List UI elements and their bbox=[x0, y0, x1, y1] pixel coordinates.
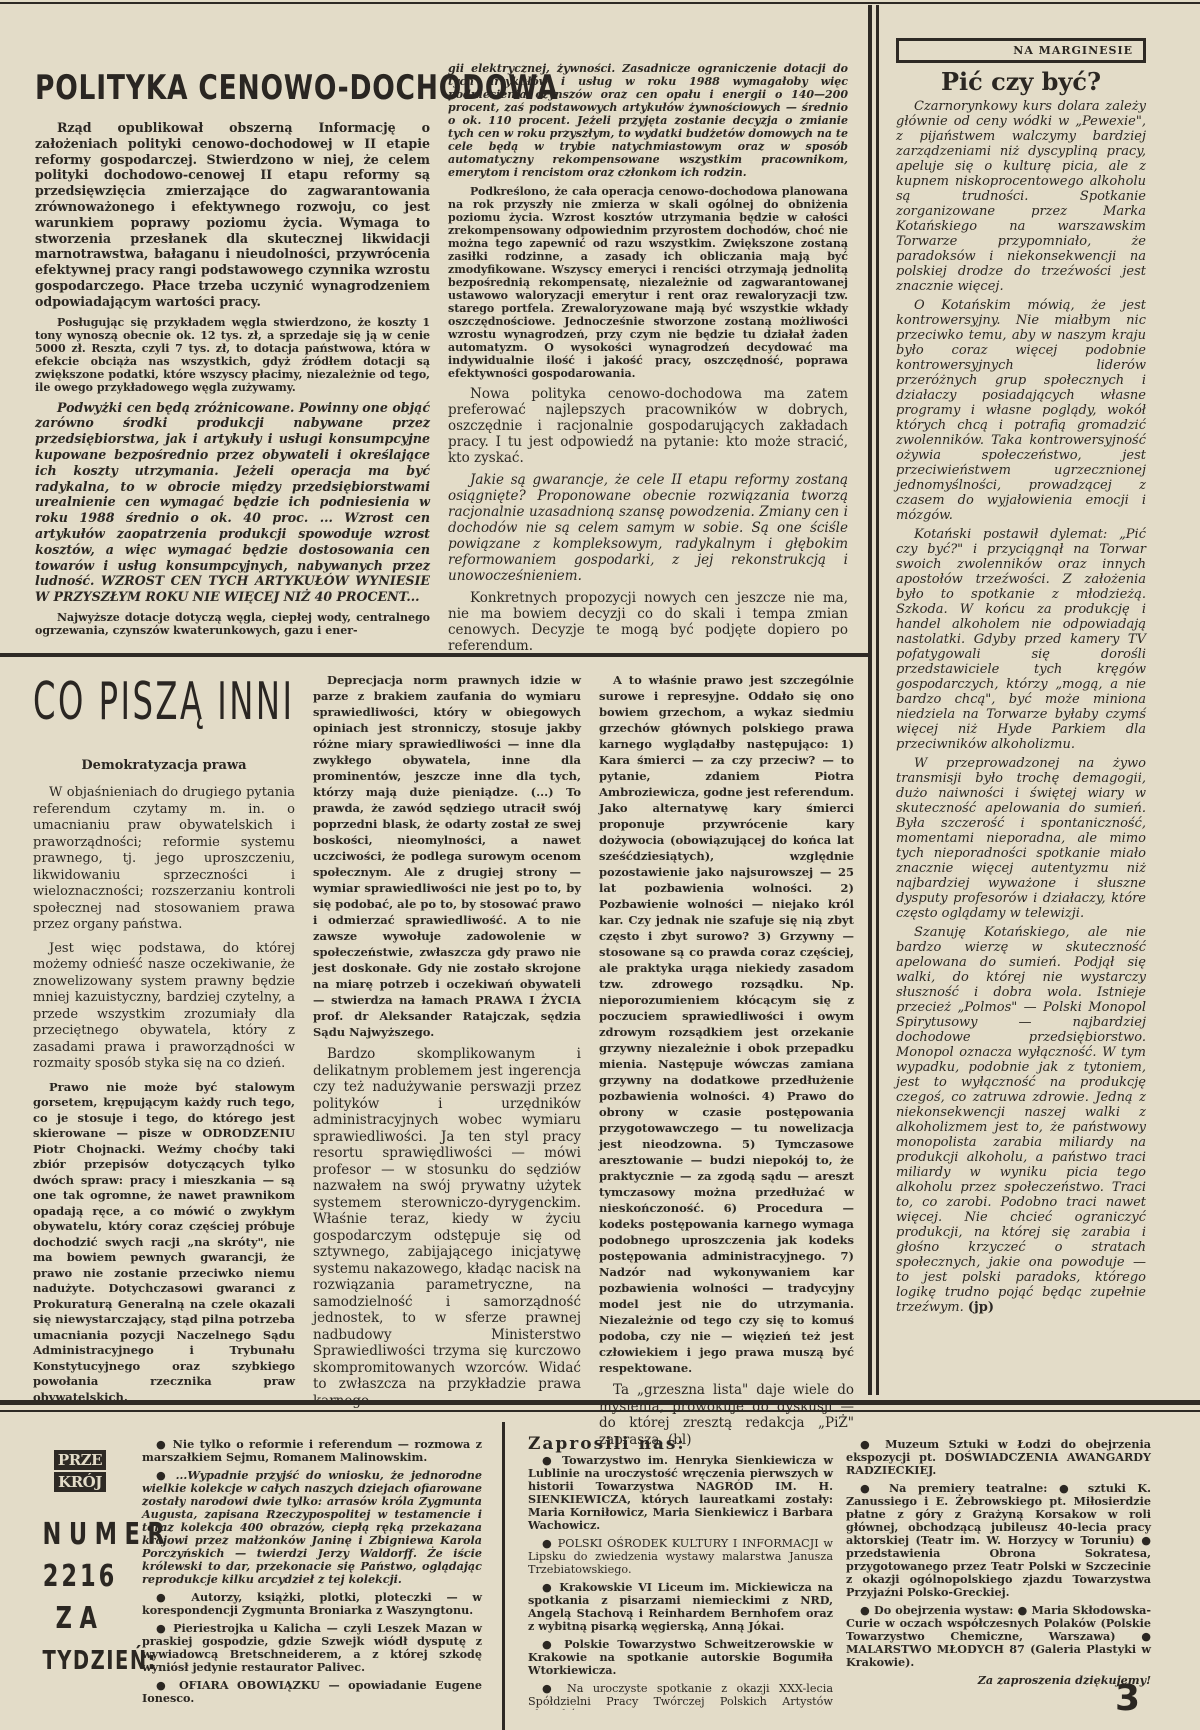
page-number: 3 bbox=[1115, 1678, 1140, 1719]
paragraph: Podkreślono, że cała operacja cenowo-doc… bbox=[448, 185, 848, 380]
paragraph: Podwyżki cen będą zróżnicowane. Powinny … bbox=[35, 400, 430, 605]
invites-thanks: Za zaproszenia dziękujemy! bbox=[846, 1674, 1151, 1687]
issue-badge: PRZE KRÓJ NUMER 2216 ZA TYDZIEŃ: bbox=[30, 1450, 130, 1682]
paragraph: W objaśnieniach do drugiego pytania refe… bbox=[33, 785, 295, 934]
paragraph: Czarnorynkowy kurs dolara zależy głównie… bbox=[896, 99, 1146, 294]
margin-body: Czarnorynkowy kurs dolara zależy głównie… bbox=[896, 99, 1146, 1315]
paragraph: Kotański postawił dylemat: „Pić czy być?… bbox=[896, 527, 1146, 752]
invite-item: Do obejrzenia wystaw: ● Maria Skłodowska… bbox=[846, 1604, 1151, 1669]
paragraph: Nowa polityka cenowo-dochodowa ma zatem … bbox=[448, 386, 848, 466]
paragraph: Najwyższe dotacje dotyczą węgla, ciepłej… bbox=[35, 611, 430, 637]
invite-item: POLSKI OŚRODEK KULTURY I INFORMACJI w Li… bbox=[528, 1537, 833, 1576]
invites-title: Zaprosili nas: bbox=[528, 1438, 833, 1451]
article-co-col3: A to właśnie prawo jest szczególnie suro… bbox=[599, 672, 854, 1454]
paragraph: Deprecjacja norm prawnych idzie w parze … bbox=[313, 672, 581, 1040]
newspaper-page: POLITYKA CENOWO-DOCHODOWA Rząd opublikow… bbox=[0, 0, 1200, 1730]
invite-item: Polskie Towarzystwo Schweitzerowskie w K… bbox=[528, 1638, 833, 1677]
paragraph: gii elektrycznej, żywności. Zasadnicze o… bbox=[448, 62, 848, 179]
margin-divider-right bbox=[876, 5, 879, 1395]
issue-item: ...Wypadnie przyjść do wniosku, że jedno… bbox=[142, 1469, 482, 1586]
invites-col1: Zaprosili nas: Towarzystwo im. Henryka S… bbox=[528, 1438, 833, 1715]
paragraph: Jest więc podstawa, do której możemy odn… bbox=[33, 941, 295, 1073]
przekroj-logo: PRZE KRÓJ bbox=[30, 1450, 130, 1492]
invite-item: Na premiery teatralne: ● sztuki K. Zanus… bbox=[846, 1482, 1151, 1599]
paragraph: Bardzo skomplikowanym i delikatnym probl… bbox=[313, 1046, 581, 1409]
paragraph: Jakie są gwarancje, że cele II etapu ref… bbox=[448, 472, 848, 584]
bottom-section-rule-2 bbox=[0, 1410, 1200, 1412]
subheading: Demokratyzacja prawa bbox=[33, 758, 295, 773]
author-signature: (jp) bbox=[968, 1300, 994, 1315]
issue-number: 2216 bbox=[43, 1556, 118, 1598]
article-co-col1: Demokratyzacja prawa W objaśnieniach do … bbox=[33, 752, 295, 1412]
issue-number-block: NUMER 2216 ZA TYDZIEŃ: bbox=[30, 1514, 130, 1682]
article-polityka-col1: Rząd opublikował obszerną Informację o z… bbox=[35, 120, 430, 643]
margin-title: Pić czy być? bbox=[896, 67, 1146, 96]
article-polityka-col2: gii elektrycznej, żywności. Zasadnicze o… bbox=[448, 62, 848, 660]
issue-line: ZA bbox=[43, 1598, 118, 1640]
paragraph: Szanuję Kotańskiego, ale nie bardzo wier… bbox=[896, 925, 1146, 1315]
issue-item: Autorzy, książki, plotki, ploteczki — w … bbox=[142, 1591, 482, 1617]
issue-item: Nie tylko o reformie i referendum — rozm… bbox=[142, 1438, 482, 1464]
invite-item: Krakowskie VI Liceum im. Mickiewicza na … bbox=[528, 1581, 833, 1633]
issue-contents: Nie tylko o reformie i referendum — rozm… bbox=[142, 1438, 482, 1710]
section-label-na-marginesie: NA MARGINESIE bbox=[896, 38, 1146, 63]
issue-line: TYDZIEŃ: bbox=[43, 1640, 118, 1682]
issue-item: Pieriestrojka u Kalicha — czyli Leszek M… bbox=[142, 1622, 482, 1674]
paragraph: Rząd opublikował obszerną Informację o z… bbox=[35, 120, 430, 310]
invites-col2: Muzeum Sztuki w Łodzi do obejrzenia eksp… bbox=[846, 1438, 1151, 1692]
headline-co-pisza-inni: CO PISZĄ INNI bbox=[33, 672, 294, 732]
top-rule bbox=[0, 2, 1200, 4]
article-co-col2: Deprecjacja norm prawnych idzie w parze … bbox=[313, 672, 581, 1415]
invite-item: Muzeum Sztuki w Łodzi do obejrzenia eksp… bbox=[846, 1438, 1151, 1477]
paragraph: Konkretnych propozycji nowych cen jeszcz… bbox=[448, 590, 848, 654]
invite-item: Towarzystwo im. Henryka Sienkiewicza w L… bbox=[528, 1454, 833, 1532]
bottom-section-rule-1 bbox=[0, 1400, 1200, 1405]
invite-item: Na uroczyste spotkanie z okazji XXX-leci… bbox=[528, 1682, 833, 1710]
section-divider bbox=[0, 653, 868, 657]
article-polityka: POLITYKA CENOWO-DOCHODOWA Rząd opublikow… bbox=[35, 60, 865, 660]
paragraph: Prawo nie może być stalowym gorsetem, kr… bbox=[33, 1080, 295, 1406]
paragraph: Posługując się przykładem węgla stwierdz… bbox=[35, 316, 430, 394]
paragraph: O Kotańskim mówią, że jest kontrowersyjn… bbox=[896, 298, 1146, 523]
bottom-divider bbox=[502, 1422, 505, 1730]
issue-line: NUMER bbox=[43, 1514, 118, 1556]
article-co-pisza-inni: CO PISZĄ INNI Demokratyzacja prawa W obj… bbox=[33, 672, 873, 1392]
issue-item: OFIARA OBOWIĄZKU — opowiadanie Eugene Io… bbox=[142, 1679, 482, 1705]
paragraph: A to właśnie prawo jest szczególnie suro… bbox=[599, 672, 854, 1376]
margin-column: NA MARGINESIE Pić czy być? Czarnorynkowy… bbox=[896, 38, 1146, 1319]
paragraph: W przeprowadzonej na żywo transmisji był… bbox=[896, 756, 1146, 921]
